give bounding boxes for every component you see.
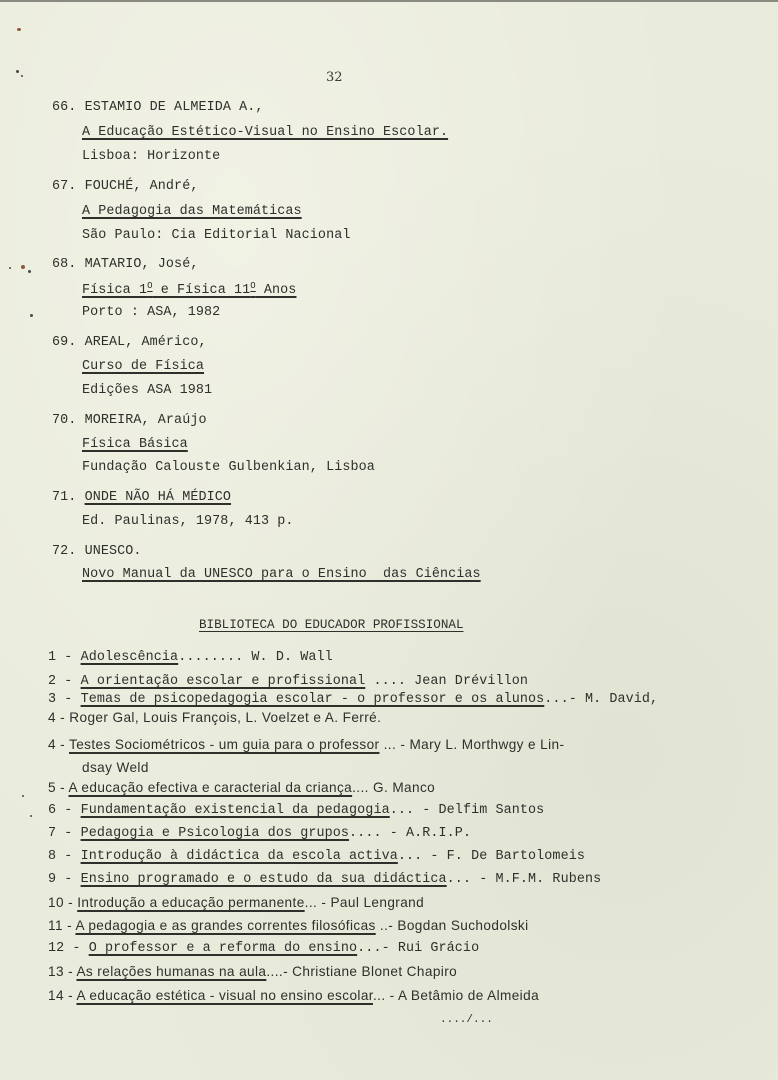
reference-68: 68. MATARIO, José, [52, 257, 198, 272]
reference-author: AREAL, Américo, [85, 335, 207, 350]
library-item: 8 - Introdução à didáctica da escola act… [48, 849, 585, 864]
reference-author: MATARIO, José, [85, 257, 199, 272]
item-author: Roger Gal, Louis François, L. Voelzet e … [69, 710, 381, 725]
library-item: 4 - Testes Sociométricos - um guia para … [48, 737, 564, 752]
document-page: 32 66. ESTAMIO DE ALMEIDA A., A Educação… [0, 0, 778, 1080]
item-number: 4 - [48, 710, 65, 725]
margin-speck [9, 267, 11, 269]
reference-69: 69. AREAL, Américo, [52, 335, 207, 350]
reference-number: 69. [52, 335, 76, 350]
item-title: Ensino programado e o estudo da sua didá… [81, 872, 447, 887]
reference-title: A Educação Estético-Visual no Ensino Esc… [82, 125, 448, 140]
library-item: 6 - Fundamentação existencial da pedagog… [48, 803, 544, 818]
margin-speck [30, 815, 32, 817]
margin-speck [30, 314, 33, 317]
section-heading: BIBLIOTECA DO EDUCADOR PROFISSIONAL [199, 618, 464, 632]
item-author: .... Jean Drévillon [365, 674, 528, 689]
library-item: 14 - A educação estética - visual no ens… [48, 988, 539, 1003]
item-title: As relações humanas na aula [76, 964, 266, 979]
item-title: O professor e a reforma do ensino [89, 941, 357, 956]
library-item: 5 - A educação efectiva e caracterial da… [48, 780, 435, 795]
library-item: 7 - Pedagogia e Psicologia dos grupos...… [48, 826, 471, 841]
reference-67: 67. FOUCHÉ, André, [52, 179, 198, 194]
item-number: 10 - [48, 895, 73, 910]
reference-title: Física Básica [82, 437, 188, 452]
item-number: 1 - [48, 650, 72, 665]
item-continuation: dsay Weld [82, 760, 149, 775]
reference-71: 71. ONDE NÃO HÁ MÉDICO [52, 490, 231, 505]
margin-speck [17, 28, 21, 31]
item-author: ... - F. De Bartolomeis [398, 849, 585, 864]
item-title: A orientação escolar e profissional [81, 674, 366, 689]
item-number: 7 - [48, 826, 72, 841]
item-author: ...- M. David, [544, 692, 658, 707]
reference-72: 72. UNESCO. [52, 544, 142, 559]
margin-speck [21, 75, 23, 77]
reference-title: Física 1O e Física 11O Anos [82, 281, 296, 298]
item-author: ... - Paul Lengrand [305, 895, 424, 910]
continuation-mark: ..../... [440, 1014, 493, 1026]
reference-publisher: Fundação Calouste Gulbenkian, Lisboa [82, 460, 375, 475]
item-author: ....- Christiane Blonet Chapiro [266, 964, 457, 979]
title-part: Física 1 [82, 283, 147, 298]
item-number: 3 - [48, 692, 72, 707]
reference-author: MOREIRA, Araújo [85, 413, 207, 428]
item-title: Testes Sociométricos - um guia para o pr… [69, 737, 379, 752]
item-number: 9 - [48, 872, 72, 887]
library-item: 1 - Adolescência........ W. D. Wall [48, 650, 333, 665]
reference-publisher: Edições ASA 1981 [82, 383, 212, 398]
item-title: Temas de psicopedagogia escolar - o prof… [81, 692, 545, 707]
item-author: ... - A Betâmio de Almeida [373, 988, 539, 1003]
reference-number: 70. [52, 413, 76, 428]
item-title: A pedagogia e as grandes correntes filos… [75, 918, 375, 933]
item-title: Fundamentação existencial da pedagogia [81, 803, 390, 818]
title-part: Anos [256, 283, 297, 298]
item-author: ... - Delfim Santos [390, 803, 545, 818]
item-title: Introdução à didáctica da escola activa [81, 849, 398, 864]
title-part: e Física 11 [153, 283, 251, 298]
library-item: 10 - Introdução a educação permanente...… [48, 895, 424, 910]
item-author: ... - M.F.M. Rubens [447, 872, 602, 887]
item-number: 8 - [48, 849, 72, 864]
item-number: 14 - [48, 988, 73, 1003]
margin-speck [22, 795, 24, 797]
reference-publisher: São Paulo: Cia Editorial Nacional [82, 228, 350, 243]
library-item: 3 - Temas de psicopedagogia escolar - o … [48, 692, 658, 707]
reference-number: 71. [52, 490, 76, 505]
item-author: ...- Rui Grácio [357, 941, 479, 956]
item-number: 11 - [48, 918, 72, 933]
reference-number: 68. [52, 257, 76, 272]
item-title: Introdução a educação permanente [77, 895, 304, 910]
item-number: 12 - [48, 941, 81, 956]
item-author: .... G. Manco [352, 780, 435, 795]
reference-publisher: Ed. Paulinas, 1978, 413 p. [82, 514, 294, 529]
margin-speck [28, 270, 31, 273]
reference-number: 72. [52, 544, 76, 559]
library-item: 2 - A orientação escolar e profissional … [48, 674, 528, 689]
reference-title: Novo Manual da UNESCO para o Ensino das … [82, 567, 481, 582]
library-item: 4 - Roger Gal, Louis François, L. Voelze… [48, 710, 381, 725]
item-number: 4 - [48, 737, 65, 752]
item-number: 6 - [48, 803, 72, 818]
reference-number: 66. [52, 100, 76, 115]
item-number: 13 - [48, 964, 73, 979]
item-title: A educação estética - visual no ensino e… [76, 988, 373, 1003]
reference-publisher: Porto : ASA, 1982 [82, 305, 220, 320]
item-title: Adolescência [81, 650, 179, 665]
reference-title: ONDE NÃO HÁ MÉDICO [85, 490, 231, 505]
item-author: ..- Bogdan Suchodolski [376, 918, 529, 933]
item-number: 2 - [48, 674, 72, 689]
reference-66: 66. ESTAMIO DE ALMEIDA A., [52, 100, 264, 115]
margin-speck [16, 70, 19, 73]
reference-number: 67. [52, 179, 76, 194]
library-item: 13 - As relações humanas na aula....- Ch… [48, 964, 457, 979]
item-author: ... - Mary L. Morthwgy e Lin- [379, 737, 564, 752]
reference-author: UNESCO. [85, 544, 142, 559]
library-item: 12 - O professor e a reforma do ensino..… [48, 941, 479, 956]
item-title: A educação efectiva e caracterial da cri… [69, 780, 353, 795]
reference-title: A Pedagogia das Matemáticas [82, 204, 302, 219]
item-author: ........ W. D. Wall [178, 650, 333, 665]
reference-author: FOUCHÉ, André, [85, 179, 199, 194]
library-item: 9 - Ensino programado e o estudo da sua … [48, 872, 601, 887]
page-number: 32 [326, 70, 343, 85]
reference-70: 70. MOREIRA, Araújo [52, 413, 207, 428]
reference-title: Curso de Física [82, 359, 204, 374]
library-item: 11 - A pedagogia e as grandes correntes … [48, 918, 529, 933]
item-author: .... - A.R.I.P. [349, 826, 471, 841]
item-number: 5 - [48, 780, 65, 795]
item-title: Pedagogia e Psicologia dos grupos [81, 826, 349, 841]
margin-speck [21, 265, 25, 269]
reference-author: ESTAMIO DE ALMEIDA A., [85, 100, 264, 115]
reference-publisher: Lisboa: Horizonte [82, 149, 220, 164]
